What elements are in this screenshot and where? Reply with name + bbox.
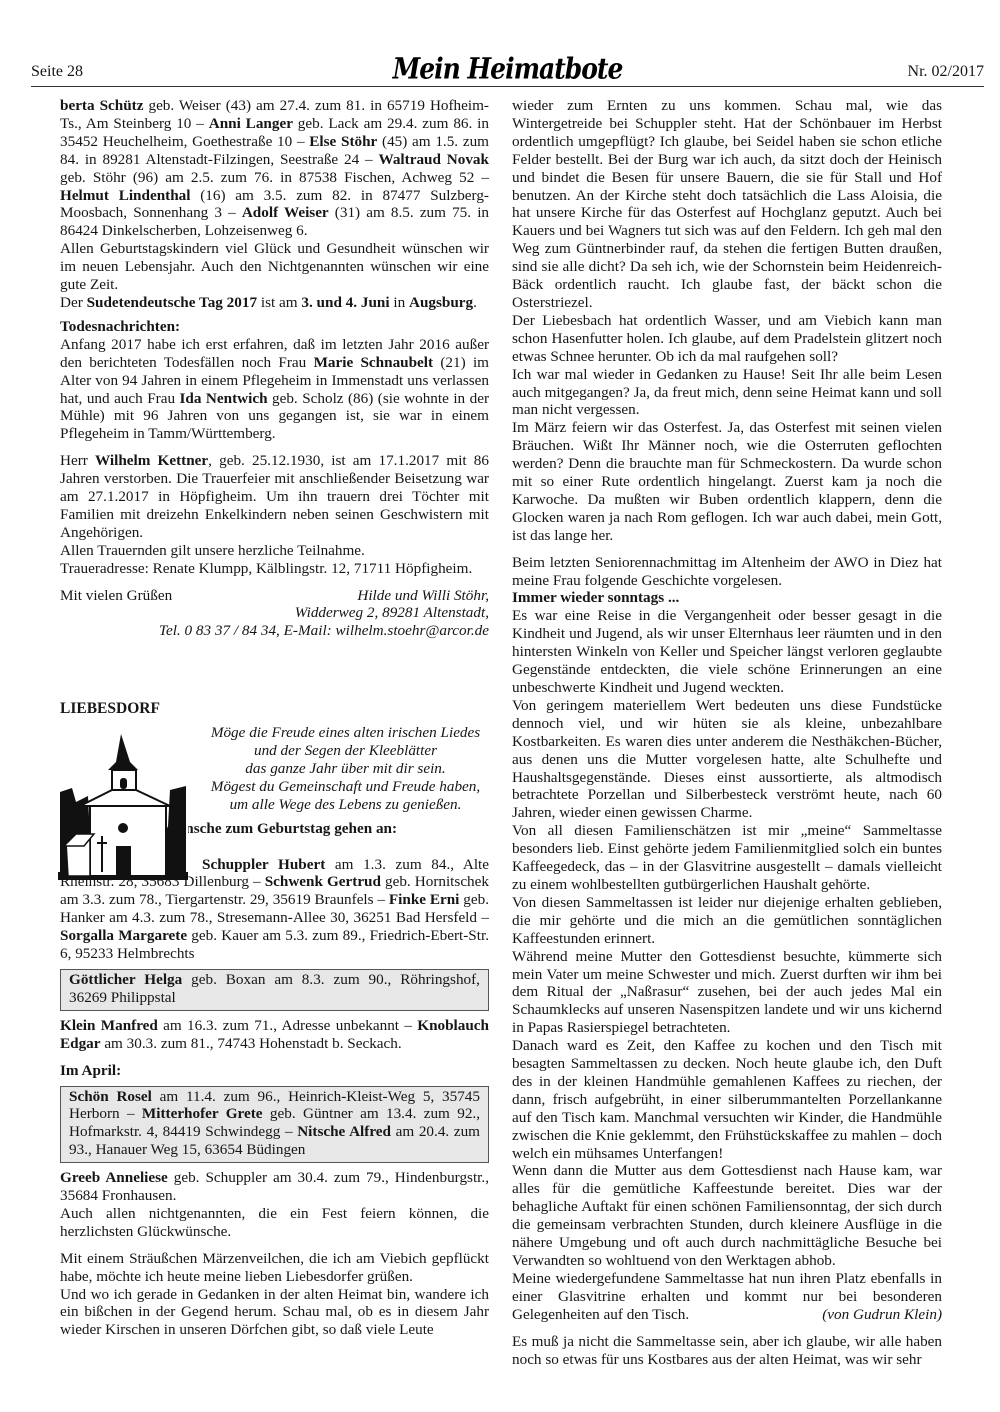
text: . [473,294,477,311]
person-name: Nitsche Alfred [297,1123,391,1140]
page-number: Seite 28 [31,63,83,81]
wander-paragraph: Und wo ich gerade in Gedanken in der alt… [60,1286,489,1340]
april-birthdays: Greeb Anneliese geb. Schuppler am 30.4. … [60,1169,489,1205]
poem-line: das ganze Jahr über mit dir sein. [202,760,489,778]
death-notice-1: Anfang 2017 habe ich erst erfahren, daß … [60,336,489,443]
signature-names: Hilde und Willi Stöhr, [357,587,489,605]
paragraph: Im März feiern wir das Osterfest. Ja, da… [512,419,942,544]
march-birthdays-2: Klein Manfred am 16.3. zum 71., Adresse … [60,1017,489,1053]
highlighted-birthday-box: Göttlicher Helga geb. Boxan am 8.3. zum … [60,969,489,1011]
person-name: Schwenk Gertrud [265,873,381,890]
story-paragraph: Danach ward es Zeit, den Kaffee zu koche… [512,1037,942,1162]
paragraph: Beim letzten Seniorennachmittag im Alten… [512,554,942,590]
person-name: Schön Rosel [69,1088,152,1105]
event-place: Augsburg [409,294,473,311]
text: ist am [257,294,301,311]
person-name: Wilhelm Kettner [95,452,208,469]
heading-text: Todesnachrichten: [60,318,180,335]
paragraph: Ich war mal wieder in Gedanken zu Hause!… [512,366,942,420]
person-name: Else Stöhr [309,133,377,150]
story-paragraph: Meine wiedergefundene Sammeltasse hat nu… [512,1270,942,1324]
death-notice-2: Herr Wilhelm Kettner, geb. 25.12.1930, i… [60,452,489,542]
story-paragraph: Während meine Mutter den Gottesdienst be… [512,948,942,1038]
heading-text: Im April: [60,1062,121,1079]
highlighted-birthday-box: Schön Rosel am 11.4. zum 96., Heinrich-K… [60,1086,489,1164]
poem-line: um alle Wege des Lebens zu genießen. [202,796,489,814]
text: Herr [60,452,95,469]
person-name: Greeb Anneliese [60,1169,168,1186]
death-notices-heading: Todesnachrichten: [60,318,489,336]
birthday-detail: geb. Stöhr (96) am 2.5. zum 76. in 87538… [60,169,489,186]
story-paragraph: Es war eine Reise in die Vergangenheit o… [512,607,942,697]
signature-contact: Tel. 0 83 37 / 84 34, E-Mail: wilhelm.st… [60,622,489,640]
greeting: Mit vielen Grüßen [60,587,172,605]
story-paragraph: Von geringem materiellem Wert bedeuten u… [512,697,942,822]
section-title: LIEBESDORF [60,700,489,718]
poem-line: Möge die Freude eines alten irischen Lie… [202,724,489,742]
person-name: Anni Langer [209,115,293,132]
issue-number: Nr. 02/2017 [908,63,984,81]
heading-text: Immer wieder sonntags ... [512,589,679,606]
person-name: Göttlicher Helga [69,971,182,988]
signature-block: Mit vielen Grüßen Hilde und Willi Stöhr,… [60,587,489,641]
condolence-text: Allen Trauernden gilt unsere herzliche T… [60,542,489,560]
page-header: Seite 28 Mein Heimatbote Nr. 02/2017 [31,52,984,87]
left-column: berta Schütz geb. Weiser (43) am 27.4. z… [60,97,489,1339]
birthday-list-continued: berta Schütz geb. Weiser (43) am 27.4. z… [60,97,489,240]
person-name: Sorgalla Margarete [60,927,187,944]
church-illustration-icon [58,730,188,880]
event-date: 3. und 4. Juni [301,294,389,311]
closing-paragraph: Es muß ja nicht die Sammeltasse sein, ab… [512,1333,942,1369]
masthead-logo: Mein Heimatbote [393,52,623,85]
event-name: Sudetendeutsche Tag 2017 [87,294,257,311]
person-name: Schuppler Hubert [202,856,325,873]
poem-line: Mögest du Gemeinschaft und Freude haben, [202,778,489,796]
birthday-detail: am 30.3. zum 81., 74743 Hohenstadt b. Se… [101,1035,402,1052]
story-author: (von Gudrun Klein) [822,1306,942,1324]
blessing-poem: Möge die Freude eines alten irischen Lie… [202,724,489,814]
person-name: Marie Schnaubelt [314,354,434,371]
april-heading: Im April: [60,1062,489,1080]
right-column: wieder zum Ernten zu uns kommen. Schau m… [512,97,942,1368]
paragraph: wieder zum Ernten zu uns kommen. Schau m… [512,97,942,312]
paragraph: Der Liebesbach hat ordentlich Wasser, un… [512,312,942,366]
text: Der [60,294,87,311]
story-paragraph: Von all diesen Familienschätzen ist mir … [512,822,942,894]
violets-greeting: Mit einem Sträußchen Märzenveilchen, die… [60,1250,489,1286]
person-name: Mitterhofer Grete [142,1105,263,1122]
liebesdorf-section: LIEBESDORF Möge die Freude eines alten i… [60,700,489,1339]
person-name: Waltraud Novak [378,151,489,168]
mourning-address: Traueradresse: Renate Klumpp, Kälblingst… [60,560,489,578]
signature-address: Widderweg 2, 89281 Altenstadt, [60,604,489,622]
person-name: Finke Erni [389,891,460,908]
person-name: Helmut Lindenthal [60,187,190,204]
text: in [390,294,409,311]
also-wishes: Auch allen nichtgenannten, die ein Fest … [60,1205,489,1241]
person-name: Adolf Weiser [242,204,329,221]
person-name: berta Schütz [60,97,143,114]
story-title: Immer wieder sonntags ... [512,589,942,607]
story-paragraph: Von diesen Sammeltassen ist leider nur d… [512,894,942,948]
person-name: Klein Manfred [60,1017,158,1034]
birthday-wishes: Allen Geburtstagskindern viel Glück und … [60,240,489,294]
birthday-detail: am 16.3. zum 71., Adresse unbekannt – [158,1017,417,1034]
person-name: Ida Nentwich [180,390,268,407]
story-paragraph: Wenn dann die Mutter aus dem Gottesdiens… [512,1162,942,1269]
sudeten-day-notice: Der Sudetendeutsche Tag 2017 ist am 3. u… [60,294,489,312]
poem-line: und der Segen der Kleeblätter [202,742,489,760]
